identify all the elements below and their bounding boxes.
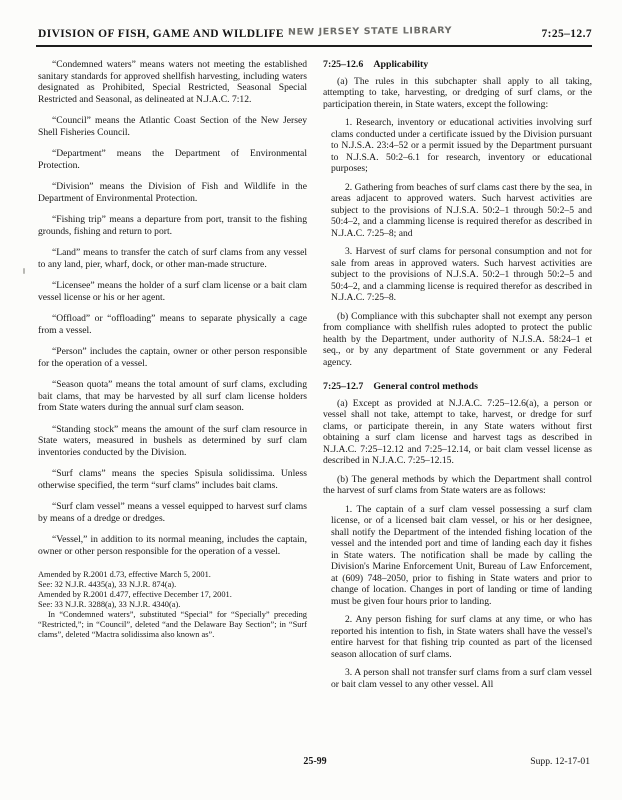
two-column-body: “Condemned waters” means waters not meet… — [38, 59, 592, 697]
definition-paragraph: “Season quota” means the total amount of… — [38, 379, 307, 414]
rule-history-block: Amended by R.2001 d.73, effective March … — [38, 570, 307, 640]
left-column: “Condemned waters” means waters not meet… — [38, 59, 307, 697]
numbered-item: 2. Gathering from beaches of surf clams … — [331, 182, 592, 240]
body-paragraph: (b) The general methods by which the Dep… — [323, 474, 592, 497]
body-paragraph: (a) The rules in this subchapter shall a… — [323, 76, 592, 111]
numbered-item: 1. The captain of a surf clam vessel pos… — [331, 504, 592, 608]
definition-paragraph: “Department” means the Department of Env… — [38, 148, 307, 171]
definition-paragraph: “Land” means to transfer the catch of su… — [38, 247, 307, 270]
definition-paragraph: “Standing stock” means the amount of the… — [38, 424, 307, 459]
section-number: 7:25–12.6 — [323, 59, 363, 70]
supplement-date: Supp. 12-17-01 — [530, 756, 590, 767]
library-stamp: NEW JERSEY STATE LIBRARY — [288, 25, 452, 37]
definition-paragraph: “Fishing trip” means a departure from po… — [38, 214, 307, 237]
definition-paragraph: “Vessel,” in addition to its normal mean… — [38, 534, 307, 557]
page-header-title: DIVISION OF FISH, GAME AND WILDLIFE — [38, 28, 284, 40]
numbered-item: 3. A person shall not transfer surf clam… — [331, 667, 592, 690]
definition-paragraph: “Condemned waters” means waters not meet… — [38, 59, 307, 105]
document-page: DIVISION OF FISH, GAME AND WILDLIFE 7:25… — [0, 0, 622, 800]
section-heading-12-7: 7:25–12.7General control methods — [323, 381, 592, 393]
section-ref: 7:25–12.7 — [541, 28, 592, 40]
body-paragraph: (a) Except as provided at N.J.A.C. 7:25–… — [323, 398, 592, 467]
scan-artifact — [23, 268, 25, 274]
definition-paragraph: “Surf clams” means the species Spisula s… — [38, 468, 307, 491]
definition-paragraph: “Licensee” means the holder of a surf cl… — [38, 280, 307, 303]
history-note: In “Condemned waters”, substituted “Spec… — [38, 610, 307, 640]
history-line: See: 33 N.J.R. 3288(a), 33 N.J.R. 4340(a… — [38, 600, 307, 610]
numbered-item: 1. Research, inventory or educational ac… — [331, 117, 592, 175]
header-rule — [36, 45, 592, 47]
definition-paragraph: “Person” includes the captain, owner or … — [38, 346, 307, 369]
definition-paragraph: “Surf clam vessel” means a vessel equipp… — [38, 501, 307, 524]
numbered-item: 3. Harvest of surf clams for personal co… — [331, 246, 592, 304]
definition-paragraph: “Council” means the Atlantic Coast Secti… — [38, 115, 307, 138]
right-column: 7:25–12.6Applicability (a) The rules in … — [323, 59, 592, 697]
history-line: Amended by R.2001 d.73, effective March … — [38, 570, 307, 580]
numbered-item: 2. Any person fishing for surf clams at … — [331, 614, 592, 660]
section-number: 7:25–12.7 — [323, 381, 363, 392]
section-title: Applicability — [373, 59, 428, 70]
section-title: General control methods — [373, 381, 478, 392]
definition-paragraph: “Offload” or “offloading” means to separ… — [38, 313, 307, 336]
section-heading-12-6: 7:25–12.6Applicability — [323, 59, 592, 71]
page-number: 25-99 — [38, 756, 592, 767]
history-line: See: 32 N.J.R. 4435(a), 33 N.J.R. 874(a)… — [38, 580, 307, 590]
definition-paragraph: “Division” means the Division of Fish an… — [38, 181, 307, 204]
history-line: Amended by R.2001 d.477, effective Decem… — [38, 590, 307, 600]
body-paragraph: (b) Compliance with this subchapter shal… — [323, 311, 592, 369]
